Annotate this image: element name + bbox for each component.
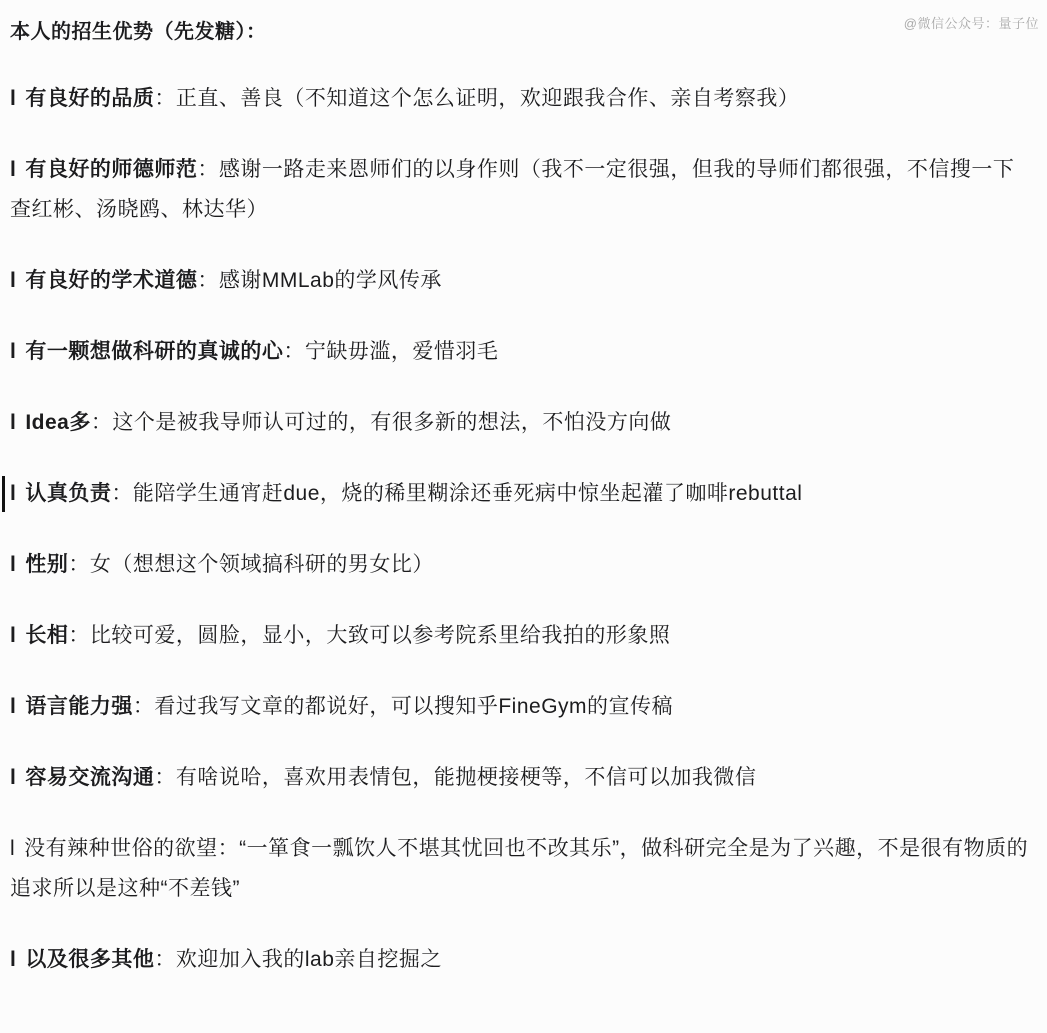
bullet-marker: l <box>10 332 16 372</box>
item-separator: ： <box>68 553 90 576</box>
list-item: l性别：女（想想这个领域搞科研的男女比） <box>10 545 1035 585</box>
article-page: @微信公众号：量子位 本人的招生优势（先发糖）： l有良好的品质：正直、善良（不… <box>0 0 1047 1033</box>
item-separator: ： <box>197 158 219 181</box>
bullet-marker: l <box>10 758 16 798</box>
item-text: 感谢MMLab的学风传承 <box>219 269 442 292</box>
item-separator: ： <box>68 624 90 647</box>
list-item: l语言能力强：看过我写文章的都说好，可以搜知乎FineGym的宣传稿 <box>10 687 1035 727</box>
item-separator: ： <box>91 411 113 434</box>
bullet-marker: l <box>10 687 16 727</box>
list-item: l以及很多其他：欢迎加入我的lab亲自挖掘之 <box>10 940 1035 980</box>
list-item: l没有辣种世俗的欲望：“一箪食一瓢饮人不堪其忧回也不改其乐”，做科研完全是为了兴… <box>10 829 1035 909</box>
item-label: Idea多 <box>25 411 91 434</box>
item-text: 有啥说哈，喜欢用表情包，能抛梗接梗等，不信可以加我微信 <box>176 766 757 789</box>
item-label: 语言能力强 <box>25 695 133 718</box>
bullet-marker: l <box>10 261 16 301</box>
item-separator: ： <box>283 340 305 363</box>
list-item: l认真负责：能陪学生通宵赶due，烧的稀里糊涂还垂死病中惊坐起灌了咖啡rebut… <box>10 474 1035 514</box>
list-item: l有良好的学术道德：感谢MMLab的学风传承 <box>10 261 1035 301</box>
item-label: 长相 <box>25 624 68 647</box>
item-label: 有良好的学术道德 <box>25 269 197 292</box>
item-text: 女（想想这个领域搞科研的男女比） <box>90 553 434 576</box>
item-text: 欢迎加入我的lab亲自挖掘之 <box>176 948 442 971</box>
item-text: 宁缺毋滥，爱惜羽毛 <box>305 340 499 363</box>
bullet-marker: l <box>10 616 16 656</box>
item-separator: ： <box>154 87 176 110</box>
item-label: 有一颗想做科研的真诚的心 <box>25 340 283 363</box>
item-separator: ： <box>218 837 240 860</box>
item-text: 看过我写文章的都说好，可以搜知乎FineGym的宣传稿 <box>154 695 673 718</box>
item-label: 没有辣种世俗的欲望 <box>24 837 218 860</box>
item-separator: ： <box>111 482 133 505</box>
item-label: 有良好的师德师范 <box>25 158 197 181</box>
bullet-marker: l <box>10 403 16 443</box>
list-item: l有良好的师德师范：感谢一路走来恩师们的以身作则（我不一定很强，但我的导师们都很… <box>10 150 1035 230</box>
list-item: lIdea多：这个是被我导师认可过的，有很多新的想法，不怕没方向做 <box>10 403 1035 443</box>
item-label: 认真负责 <box>25 482 111 505</box>
item-text: 比较可爱，圆脸，显小，大致可以参考院系里给我拍的形象照 <box>90 624 671 647</box>
item-text: 这个是被我导师认可过的，有很多新的想法，不怕没方向做 <box>112 411 671 434</box>
item-label: 性别 <box>25 553 68 576</box>
list-item: l有良好的品质：正直、善良（不知道这个怎么证明，欢迎跟我合作、亲自考察我） <box>10 79 1035 119</box>
list-item: l容易交流沟通：有啥说哈，喜欢用表情包，能抛梗接梗等，不信可以加我微信 <box>10 758 1035 798</box>
item-separator: ： <box>197 269 219 292</box>
bullet-marker: l <box>10 79 16 119</box>
item-separator: ： <box>154 948 176 971</box>
bullet-marker: l <box>10 545 16 585</box>
item-separator: ： <box>133 695 155 718</box>
item-text: 能陪学生通宵赶due，烧的稀里糊涂还垂死病中惊坐起灌了咖啡rebuttal <box>133 482 803 505</box>
page-title: 本人的招生优势（先发糖）： <box>10 12 1035 52</box>
item-label: 容易交流沟通 <box>25 766 154 789</box>
bullet-marker: l <box>10 474 16 514</box>
item-label: 以及很多其他 <box>25 948 154 971</box>
watermark: @微信公众号：量子位 <box>904 13 1039 32</box>
list-item: l长相：比较可爱，圆脸，显小，大致可以参考院系里给我拍的形象照 <box>10 616 1035 656</box>
bullet-marker: l <box>10 150 16 190</box>
item-separator: ： <box>154 766 176 789</box>
bullet-marker: l <box>10 829 15 869</box>
list-item: l有一颗想做科研的真诚的心：宁缺毋滥，爱惜羽毛 <box>10 332 1035 372</box>
item-label: 有良好的品质 <box>25 87 154 110</box>
item-text: 正直、善良（不知道这个怎么证明，欢迎跟我合作、亲自考察我） <box>176 87 800 110</box>
text-cursor <box>2 476 5 512</box>
bullet-marker: l <box>10 940 16 980</box>
